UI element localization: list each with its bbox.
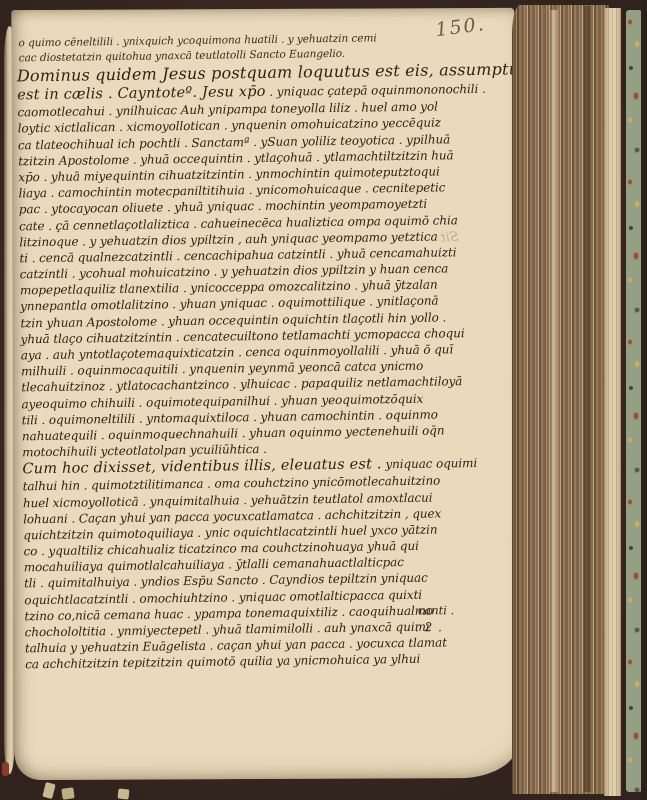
- margin-note-canti: canti .: [418, 603, 454, 617]
- book-fore-edge: [512, 5, 609, 794]
- fore-edge-endpaper-edge: [604, 8, 621, 796]
- page-corner-tab: [42, 782, 55, 799]
- manuscript-page: 150. o quimo cēneltilili . ynixquich yco…: [11, 8, 517, 780]
- fore-edge-light-band: [550, 10, 559, 792]
- marbled-endpaper-edge: [626, 10, 642, 792]
- marbled-fleck: [2, 762, 9, 776]
- binding-edge: [641, 0, 647, 800]
- manuscript-text: o quimo cēneltilili . ynixquich ycoquimo…: [16, 30, 503, 673]
- fore-edge-dark-band: [584, 6, 591, 792]
- page-corner-tab: [61, 787, 74, 800]
- page-corner-tab: [118, 788, 130, 799]
- margin-note-2: . 2 .: [415, 620, 443, 634]
- ink-show-through: Sit: [440, 230, 459, 246]
- manuscript-photo: 150. o quimo cēneltilili . ynixquich yco…: [0, 0, 647, 800]
